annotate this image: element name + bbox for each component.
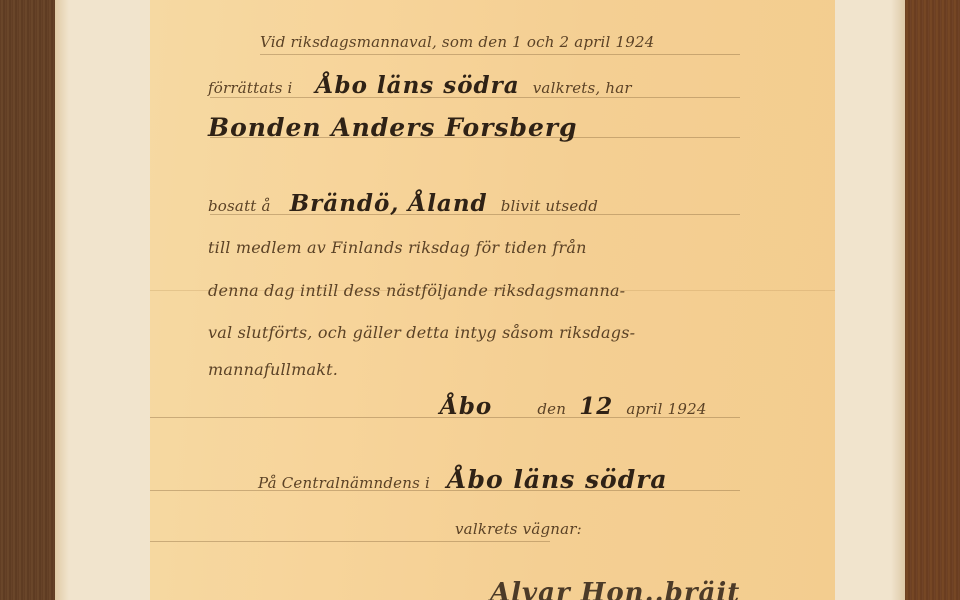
date-suffix: april 1924 bbox=[626, 400, 706, 418]
date-prefix: den bbox=[537, 400, 566, 418]
text-line-7: val slutförts, och gäller detta intyg så… bbox=[208, 323, 635, 342]
text-line-8: mannafullmakt. bbox=[208, 360, 338, 379]
text-line-4-suffix: blivit utsedd bbox=[501, 197, 598, 215]
handwritten-day: 12 bbox=[579, 393, 613, 420]
text-line-6: denna dag intill dess nästföljande riksd… bbox=[208, 281, 625, 300]
handwritten-constituency: Åbo läns södra bbox=[316, 72, 520, 99]
ruled-line bbox=[260, 54, 740, 55]
text-line-11: valkrets vägnar: bbox=[455, 520, 582, 538]
picture-frame-right bbox=[905, 0, 960, 600]
handwritten-constituency-2: Åbo läns södra bbox=[447, 465, 668, 494]
text-line-1: Vid riksdagsmannaval, som den 1 och 2 ap… bbox=[260, 33, 654, 51]
handwritten-residence: Brändö, Åland bbox=[290, 190, 488, 217]
handwritten-member-name: Bonden Anders Forsberg bbox=[208, 113, 578, 142]
text-line-2-suffix: valkrets, har bbox=[533, 79, 632, 97]
text-line-4-prefix: bosatt å bbox=[208, 197, 271, 215]
text-line-5: till medlem av Finlands riksdag för tide… bbox=[208, 238, 587, 257]
text-line-4: bosatt å Brändö, Åland blivit utsedd bbox=[208, 190, 598, 217]
text-line-10: På Centralnämndens i Åbo läns södra bbox=[258, 465, 668, 494]
mat-shadow-left bbox=[55, 0, 69, 600]
text-line-2-prefix: förrättats i bbox=[208, 79, 293, 97]
certificate-paper: Vid riksdagsmannaval, som den 1 och 2 ap… bbox=[150, 0, 835, 600]
place-date-line: Åbo den 12 april 1924 bbox=[440, 393, 707, 420]
ruled-line bbox=[150, 541, 550, 542]
text-line-10-prefix: På Centralnämndens i bbox=[258, 474, 430, 492]
picture-frame-left bbox=[0, 0, 55, 600]
mat-shadow-right bbox=[891, 0, 905, 600]
handwritten-place: Åbo bbox=[440, 393, 492, 420]
text-line-2: förrättats i Åbo läns södra valkrets, ha… bbox=[208, 72, 632, 99]
handwritten-signature: Alvar Hon..bräit bbox=[490, 578, 740, 600]
